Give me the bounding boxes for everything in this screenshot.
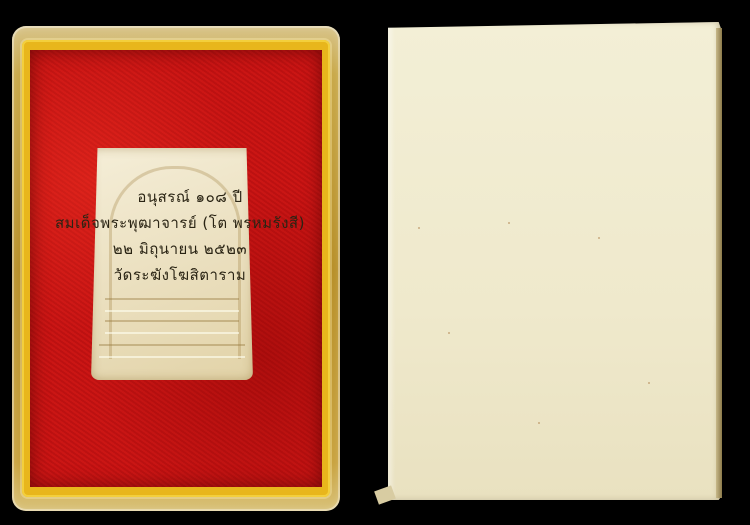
case-inscription: อนุสรณ์ ๑๐๘ ปี สมเด็จพระพุฒาจารย์ (โต พร…	[30, 184, 330, 288]
amulet-base-step	[105, 298, 239, 312]
paper-box	[388, 22, 722, 500]
inscription-line-3: ๒๒ มิถุนายน ๒๕๒๓	[30, 236, 330, 262]
inscription-line-1: อนุสรณ์ ๑๐๘ ปี	[30, 184, 330, 210]
inscription-line-4: วัดระฆังโฆสิตาราม	[30, 262, 330, 288]
inscription-line-2: สมเด็จพระพุฒาจารย์ (โต พรหมรังสี)	[30, 210, 330, 236]
paper-box-side-edge	[716, 28, 722, 498]
amulet-base-step	[99, 344, 245, 358]
amulet-base-step	[105, 320, 239, 334]
